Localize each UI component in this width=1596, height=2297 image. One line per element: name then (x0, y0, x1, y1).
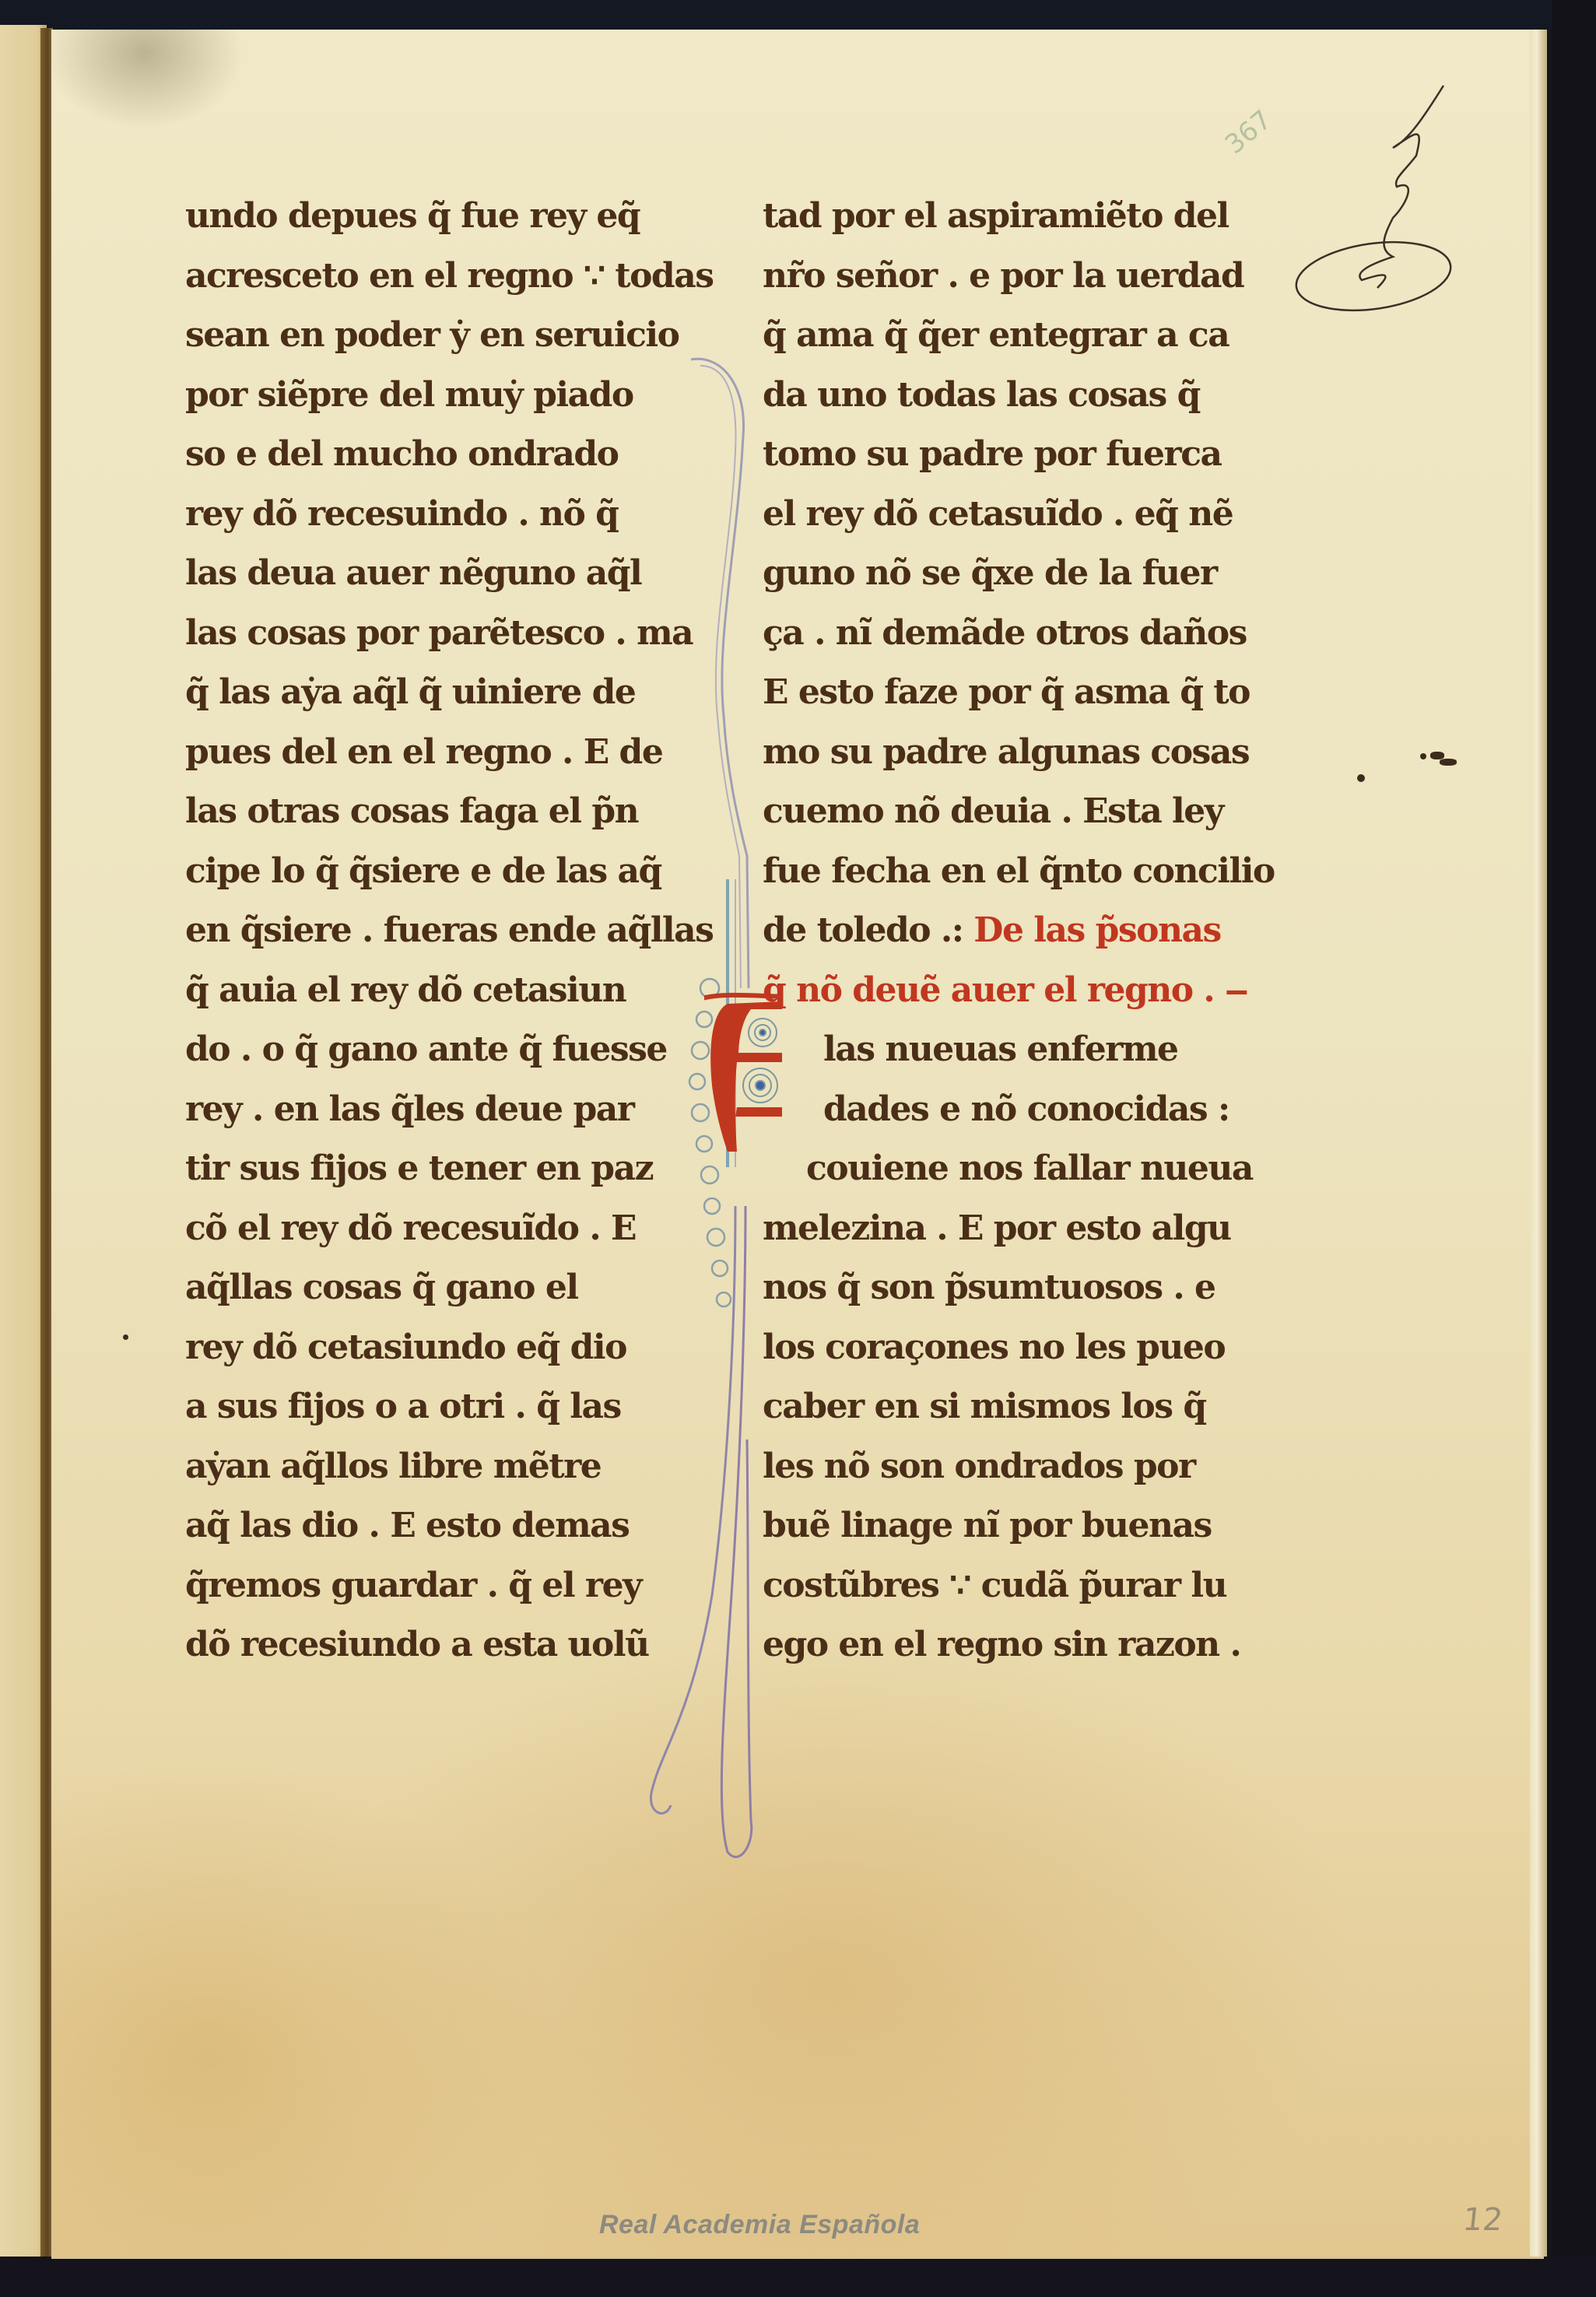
text-line: acresceto en el regno ∵ todas (185, 247, 683, 307)
text-line: cõ el rey dõ recesuĩdo . E (185, 1199, 683, 1259)
text-line: nos q̃ son p̃sumtuosos . e (763, 1258, 1245, 1318)
text-line: buẽ linage nĩ por buenas (763, 1496, 1245, 1556)
text-line: aq̃llas cosas q̃ gano el (185, 1258, 683, 1318)
text-line: les nõ son ondrados por (763, 1437, 1245, 1497)
text-line: cipe lo q̃ q̃siere e de las aq̃ (185, 842, 683, 902)
ink-speck (1440, 759, 1457, 766)
text-line: tomo su padre por fuerca (763, 425, 1245, 485)
text-line: las cosas por parẽtesco . ma (185, 604, 683, 664)
text-line: costũbres ∵ cudã p̃urar lu (763, 1556, 1245, 1616)
text-segment: de toledo .: (763, 910, 963, 950)
rubric-heading: q̃ nõ deuẽ auer el regno . ‒ (763, 961, 1245, 1021)
ink-speck (1430, 752, 1444, 759)
text-line: q̃remos guardar . q̃ el rey (185, 1556, 683, 1616)
text-line: da uno todas las cosas q̃ (763, 366, 1245, 426)
scan-backdrop-top (0, 0, 1596, 30)
text-line: las otras cosas faga el p̃n (185, 782, 683, 842)
text-line: fue fecha en el q̃nto concilio (763, 842, 1245, 902)
text-line: dades e nõ conocidas : (763, 1080, 1245, 1140)
initial-e-icon (704, 992, 782, 1152)
leaf-fore-edge (1530, 30, 1547, 2257)
rubric-heading: De las p̃sonas (973, 910, 1220, 950)
text-line: couiene nos fallar nueua (763, 1139, 1245, 1199)
decorated-initial (704, 992, 782, 1152)
text-line: las nueuas enferme (763, 1020, 1245, 1080)
text-line: q̃ auia el rey dõ cetasiun (185, 961, 683, 1021)
text-line: guno nõ se q̃xe de la fuer (763, 544, 1245, 604)
watermark-label: Real Academia Española (599, 2210, 920, 2240)
text-line: los coraçones no les pueo (763, 1318, 1245, 1378)
text-line: tad por el aspiramiẽto del (763, 187, 1245, 247)
text-line: rey dõ cetasiundo eq̃ dio (185, 1318, 683, 1378)
text-line: aẏan aq̃llos libre mẽtre (185, 1437, 683, 1497)
text-line: dõ recesiundo a esta uolũ (185, 1615, 683, 1675)
text-line: rey dõ recesuindo . nõ q̃ (185, 485, 683, 545)
text-line: el rey dõ cetasuĩdo . eq̃ nẽ (763, 485, 1245, 545)
text-line: ça . nĩ demãde otros daños (763, 604, 1245, 664)
text-line: a sus fijos o a otri . q̃ las (185, 1377, 683, 1437)
text-line-with-rubric: de toledo .: De las p̃sonas (763, 901, 1245, 961)
previous-leaf-edge (0, 25, 47, 2257)
ink-speck (1420, 753, 1426, 759)
ink-speck (1357, 774, 1365, 782)
text-line: do . o q̃ gano ante q̃ fuesse (185, 1020, 683, 1080)
text-line: cuemo nõ deuia . Esta ley (763, 782, 1245, 842)
text-line: caber en si mismos los q̃ (763, 1377, 1245, 1437)
text-line: rey . en las q̃les deue par (185, 1080, 683, 1140)
text-line: aq̃ las dio . E esto demas (185, 1496, 683, 1556)
text-line: en q̃siere . fueras ende aq̃llas (185, 901, 683, 961)
folio-number: 12 (1461, 2202, 1505, 2238)
text-line: so e del mucho ondrado (185, 425, 683, 485)
text-column-right: tad por el aspiramiẽto del nr̃o señor . … (763, 187, 1245, 1675)
text-line: tir sus fijos e tener en paz (185, 1139, 683, 1199)
text-line: las deua auer nẽguno aq̃l (185, 544, 683, 604)
text-line: nr̃o señor . e por la uerdad (763, 247, 1245, 307)
scan-backdrop-right (1552, 0, 1596, 2297)
scan-backdrop-bottom (0, 2255, 1596, 2297)
text-line: q̃ las aẏa aq̃l q̃ uiniere de (185, 663, 683, 723)
text-line: sean en poder ẏ en seruicio (185, 306, 683, 366)
ink-speck (123, 1334, 128, 1340)
text-line: ego en el regno sin razon . (763, 1615, 1245, 1675)
text-line: mo su padre algunas cosas (763, 723, 1245, 783)
text-line: melezina . E por esto algu (763, 1199, 1245, 1259)
text-line: undo depues q̃ fue rey eq̃ (185, 187, 683, 247)
text-line: pues del en el regno . E de (185, 723, 683, 783)
text-line: q̃ ama q̃ q̃er entegrar a ca (763, 306, 1245, 366)
text-line: por siẽpre del muẏ piado (185, 366, 683, 426)
text-line: E esto faze por q̃ asma q̃ to (763, 663, 1245, 723)
text-column-left: undo depues q̃ fue rey eq̃ acresceto en … (185, 187, 683, 1675)
